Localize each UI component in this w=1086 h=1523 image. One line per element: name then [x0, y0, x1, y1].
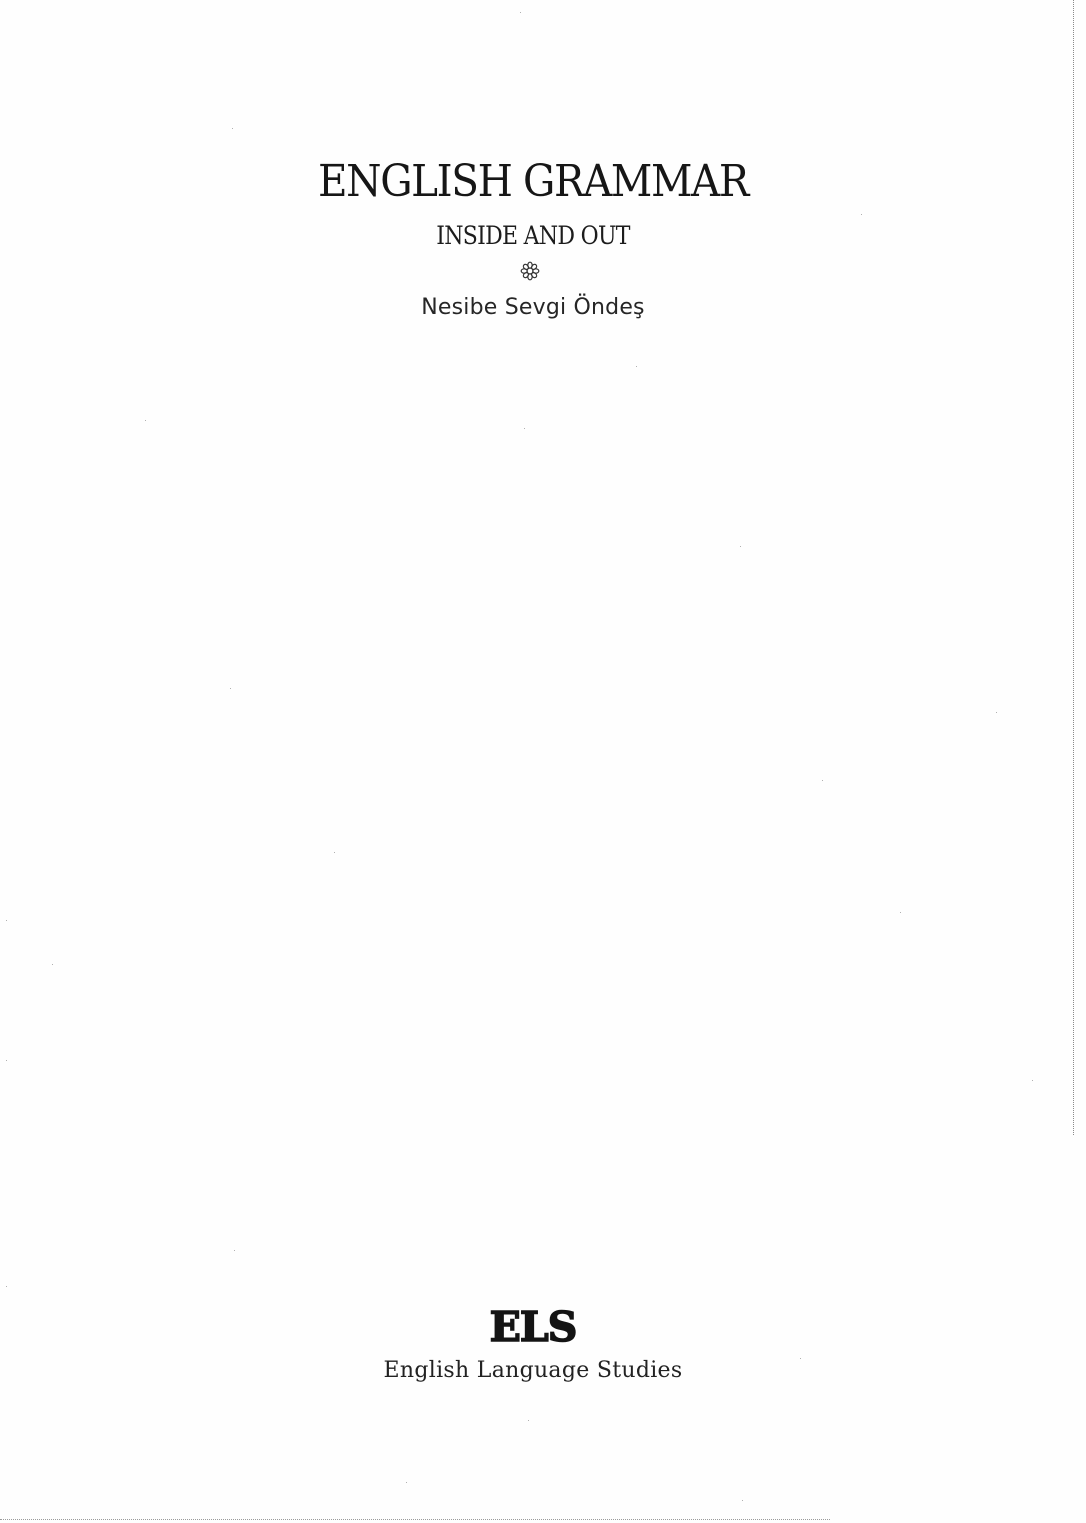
flower-rosette-icon	[520, 261, 540, 281]
book-author: Nesibe Sevgi Öndeş	[0, 295, 1066, 321]
scan-edge-line-bottom	[0, 1519, 830, 1520]
publisher-logo: ELS	[0, 1303, 1066, 1351]
publisher-name: English Language Studies	[0, 1357, 1066, 1385]
title-page: ENGLISH GRAMMAR INSIDE AND OUT Nesibe Se…	[0, 0, 1086, 1523]
scan-edge-line-right	[1073, 0, 1074, 1135]
book-title: ENGLISH GRAMMAR	[43, 157, 1024, 207]
book-subtitle: INSIDE AND OUT	[64, 222, 1002, 250]
